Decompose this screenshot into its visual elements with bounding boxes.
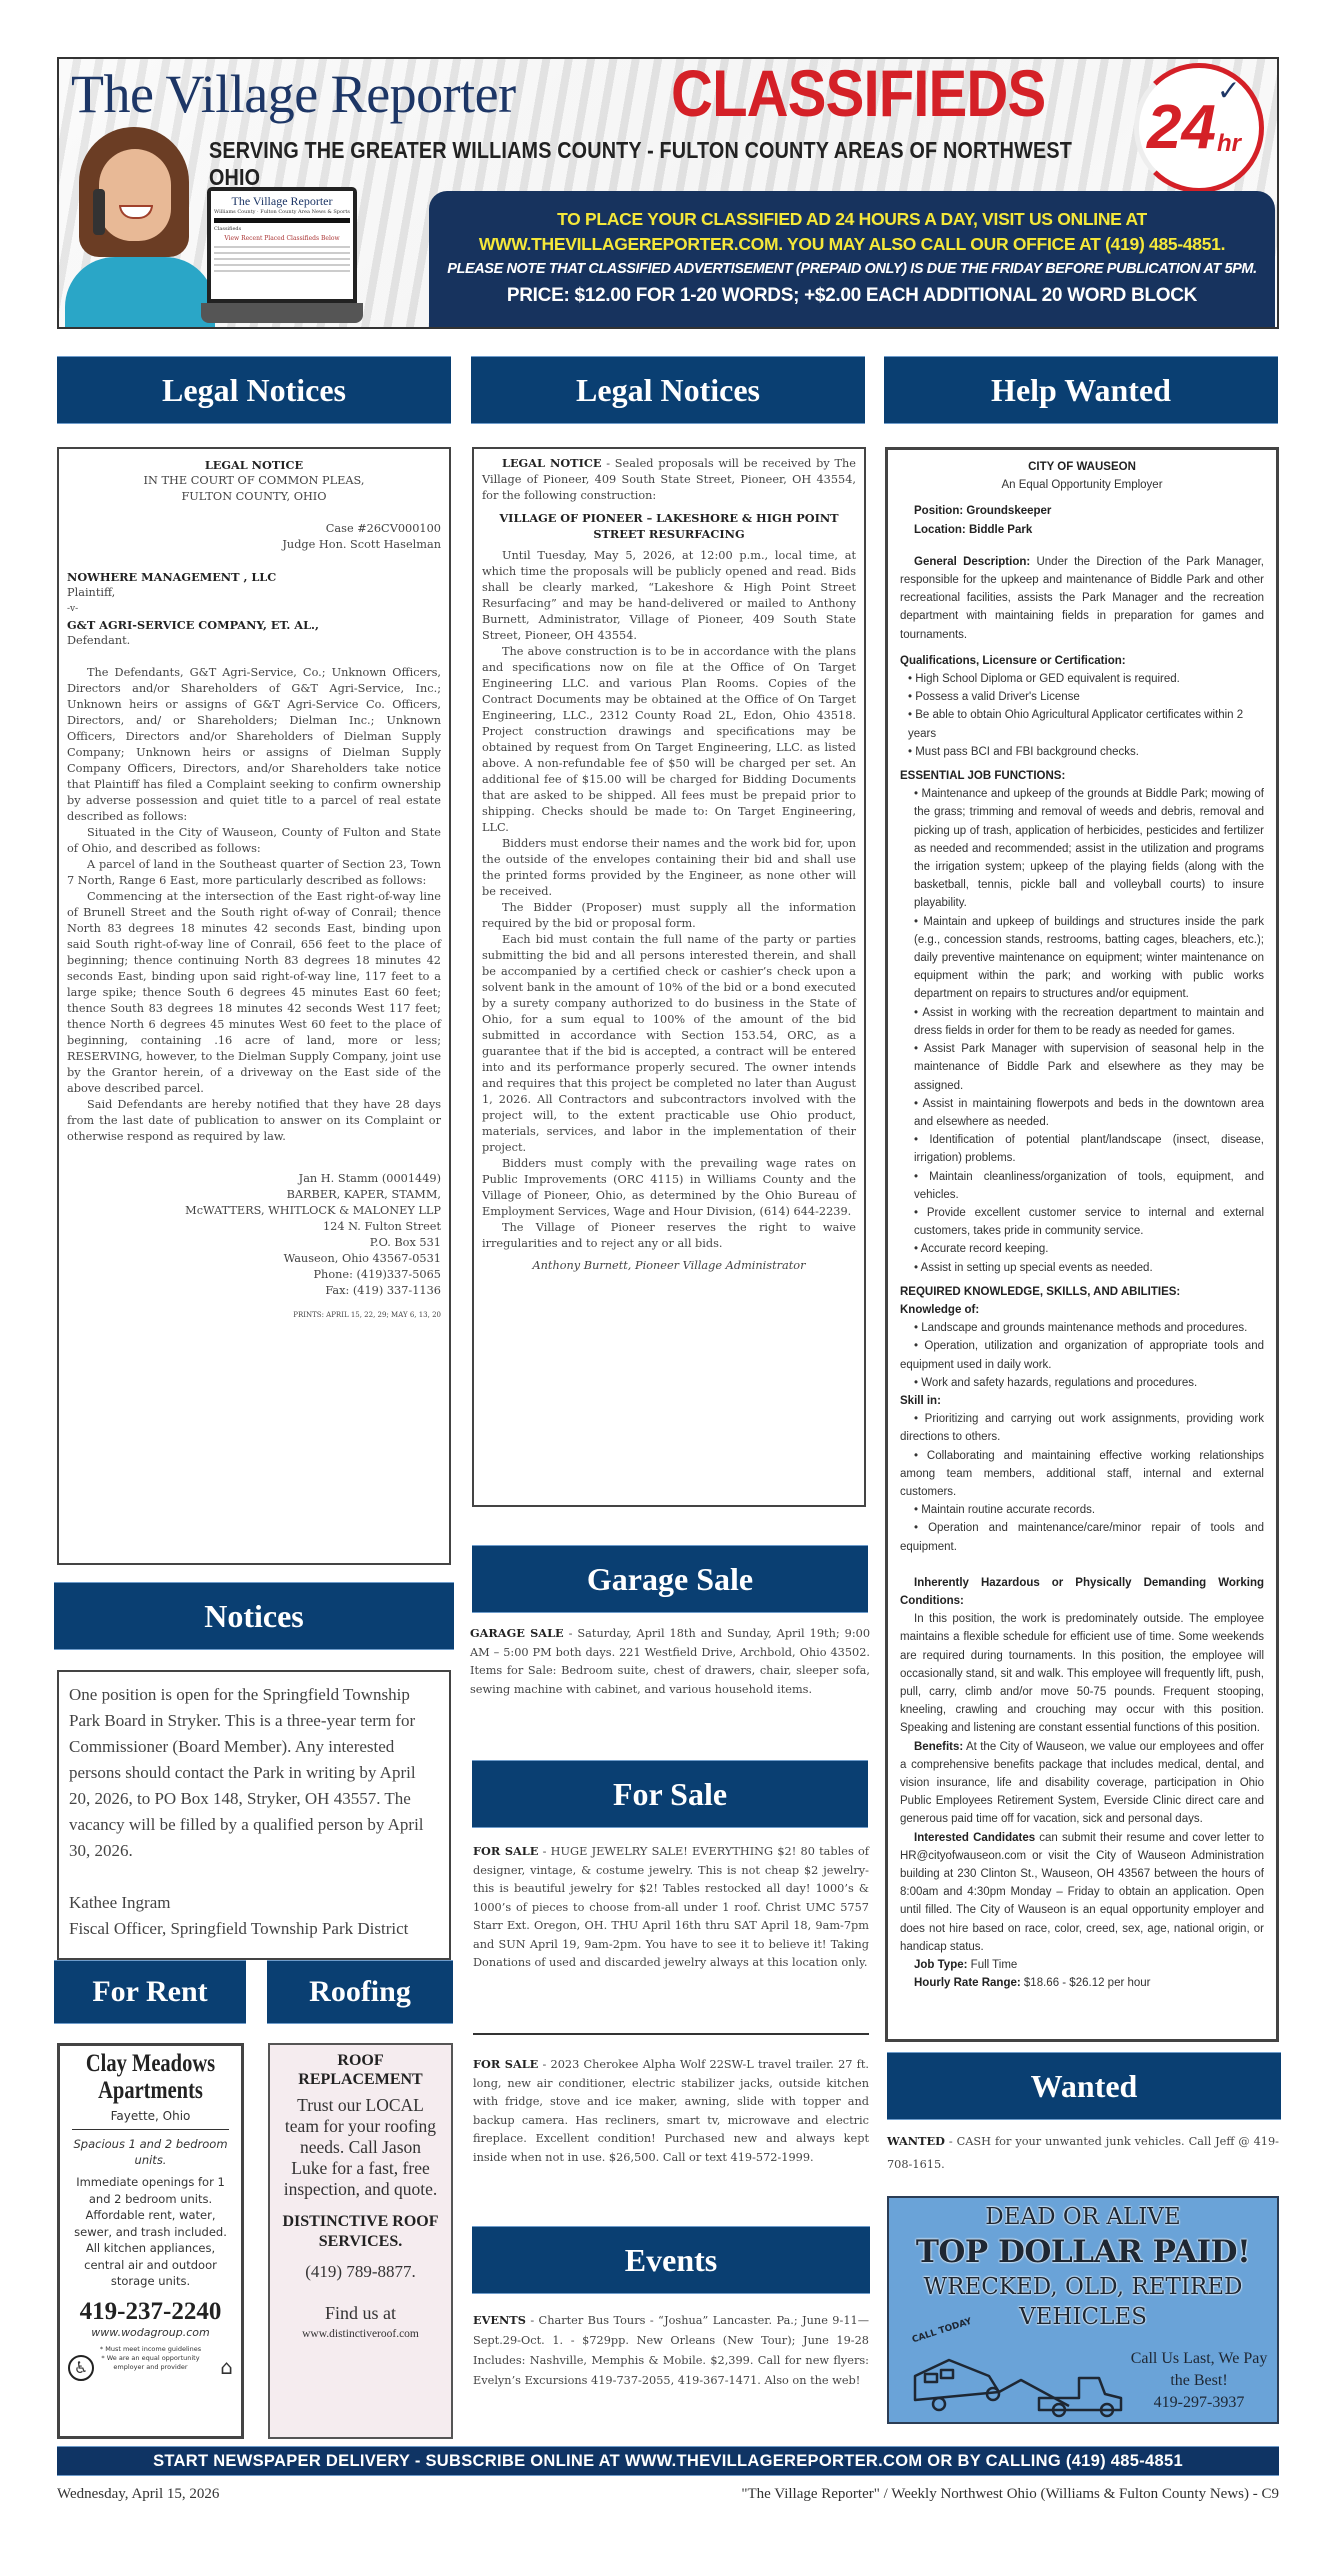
- job-type: Full Time: [967, 1959, 1017, 1971]
- judge-name: Judge Hon. Scott Haselman: [67, 537, 441, 553]
- laptop-image: The Village Reporter Williams County · F…: [201, 187, 363, 323]
- deadline-note: PLEASE NOTE THAT CLASSIFIED ADVERTISEMEN…: [429, 257, 1275, 281]
- online-order-line: TO PLACE YOUR CLASSIFIED AD 24 HOURS A D…: [429, 207, 1275, 232]
- issue-date: Wednesday, April 15, 2026: [57, 2486, 219, 2503]
- section-header-events: Events: [472, 2226, 870, 2294]
- administrator-signature: Anthony Burnett, Pioneer Village Adminis…: [482, 1258, 856, 1274]
- project-title: VILLAGE OF PIONEER – LAKESHORE & HIGH PO…: [492, 510, 846, 542]
- signer-title: Fiscal Officer, Springfield Township Par…: [69, 1916, 439, 1942]
- section-header-wanted: Wanted: [887, 2052, 1281, 2120]
- section-header-roofing: Roofing: [267, 1960, 453, 2024]
- junk-ad-phone[interactable]: 419-297-3937: [1119, 2394, 1279, 2412]
- hr-email-link: can submit their resume and cover letter…: [900, 1832, 1264, 1953]
- section-header-for-rent: For Rent: [54, 1960, 246, 2024]
- ad-top-dollar-paid: DEAD OR ALIVE TOP DOLLAR PAID! WRECKED, …: [887, 2196, 1279, 2424]
- phone-icon: [93, 189, 105, 235]
- top-dollar-headline: TOP DOLLAR PAID!: [889, 2232, 1277, 2272]
- roof-phone[interactable]: (419) 789-8877.: [276, 2262, 445, 2282]
- attorney-signature-block: Jan H. Stamm (0001449) BARBER, KAPER, ST…: [67, 1171, 441, 1299]
- for-sale-listing-jewelry: FOR SALE - HUGE JEWELRY SALE! EVERYTHING…: [473, 1842, 869, 1973]
- price-line: PRICE: $12.00 FOR 1-20 WORDS; +$2.00 EAC…: [429, 281, 1275, 311]
- help-wanted-groundskeeper: CITY OF WAUSEON An Equal Opportunity Emp…: [885, 447, 1279, 2042]
- tow-truck-icon: [909, 2348, 1129, 2418]
- defendant-name: G&T AGRI-SERVICE COMPANY, ET. AL.,: [67, 617, 441, 633]
- position-title: Groundskeeper: [966, 505, 1051, 517]
- notice-heading: LEGAL NOTICE: [67, 457, 441, 473]
- section-header-help-wanted: Help Wanted: [884, 356, 1278, 424]
- subscribe-footer-band[interactable]: START NEWSPAPER DELIVERY - SUBSCRIBE ONL…: [57, 2446, 1279, 2476]
- apartment-website-link[interactable]: www.wodagroup.com: [66, 2326, 235, 2339]
- checkmark-icon: ✓: [1217, 74, 1240, 107]
- apartment-phone[interactable]: 419-237-2240: [66, 2298, 235, 2326]
- roof-ad-heading: ROOF REPLACEMENT: [276, 2051, 445, 2089]
- hourly-rate: $18.66 - $26.12 per hour: [1021, 1977, 1151, 1989]
- section-header-garage-sale: Garage Sale: [472, 1545, 868, 1613]
- divider: [72, 2129, 229, 2130]
- woman-on-phone-image: [65, 127, 215, 329]
- section-header-legal-notices: Legal Notices: [57, 356, 451, 424]
- classifieds-heading: CLASSIFIEDS: [671, 57, 1045, 131]
- ad-distinctive-roof-services: ROOF REPLACEMENT Trust our LOCAL team fo…: [268, 2043, 453, 2439]
- legal-notice-court-case: LEGAL NOTICE IN THE COURT OF COMMON PLEA…: [57, 447, 451, 1565]
- masthead-title: The Village Reporter: [71, 63, 516, 125]
- ordering-info-box: TO PLACE YOUR CLASSIFIED AD 24 HOURS A D…: [429, 191, 1275, 327]
- classifieds-banner: The Village Reporter CLASSIFIEDS ✓ 24 hr…: [57, 57, 1279, 329]
- apartment-name: Clay Meadows: [81, 2050, 220, 2077]
- ad-clay-meadows-apartments: Clay Meadows Apartments Fayette, Ohio Sp…: [57, 2043, 244, 2439]
- wanted-listing-junk-vehicles: WANTED - CASH for your unwanted junk veh…: [887, 2130, 1279, 2176]
- for-sale-listing-trailer: FOR SALE - 2023 Cherokee Alpha Wolf 22SW…: [473, 2055, 869, 2167]
- website-phone-line[interactable]: WWW.THEVILLAGEREPORTER.COM. YOU MAY ALSO…: [429, 232, 1275, 257]
- notice-park-board-vacancy: One position is open for the Springfield…: [57, 1670, 451, 1960]
- plaintiff-name: NOWHERE MANAGEMENT , LLC: [67, 569, 441, 585]
- employer-name: CITY OF WAUSEON: [900, 458, 1264, 476]
- section-header-for-sale: For Sale: [472, 1760, 868, 1828]
- signer-name: Kathee Ingram: [69, 1890, 439, 1916]
- serving-tagline: SERVING THE GREATER WILLIAMS COUNTY - FU…: [209, 137, 1127, 191]
- garage-sale-listing: GARAGE SALE - Saturday, April 18th and S…: [470, 1624, 870, 1699]
- print-dates: PRINTS: APRIL 15, 22, 29; MAY 6, 13, 20: [67, 1307, 441, 1323]
- roof-company-name: DISTINCTIVE ROOF SERVICES.: [276, 2212, 445, 2252]
- events-listing-bus-tours: EVENTS - Charter Bus Tours - “Joshua” La…: [473, 2310, 869, 2391]
- section-header-notices: Notices: [54, 1582, 454, 1650]
- 24hr-clock-icon: ✓ 24 hr: [1134, 63, 1264, 193]
- divider: [473, 2033, 869, 2035]
- job-location: Biddle Park: [969, 524, 1032, 536]
- case-number: Case #26CV000100: [67, 521, 441, 537]
- page-folio: "The Village Reporter" / Weekly Northwes…: [741, 2486, 1279, 2503]
- section-header-legal-notices-2: Legal Notices: [471, 356, 865, 424]
- legal-notice-pioneer-bid: LEGAL NOTICE - Sealed proposals will be …: [472, 447, 866, 1507]
- equal-housing-icon: ⌂: [220, 2357, 233, 2377]
- roof-website-link[interactable]: www.distinctiveroof.com: [276, 2328, 445, 2340]
- wheelchair-accessible-icon: ♿: [68, 2355, 94, 2381]
